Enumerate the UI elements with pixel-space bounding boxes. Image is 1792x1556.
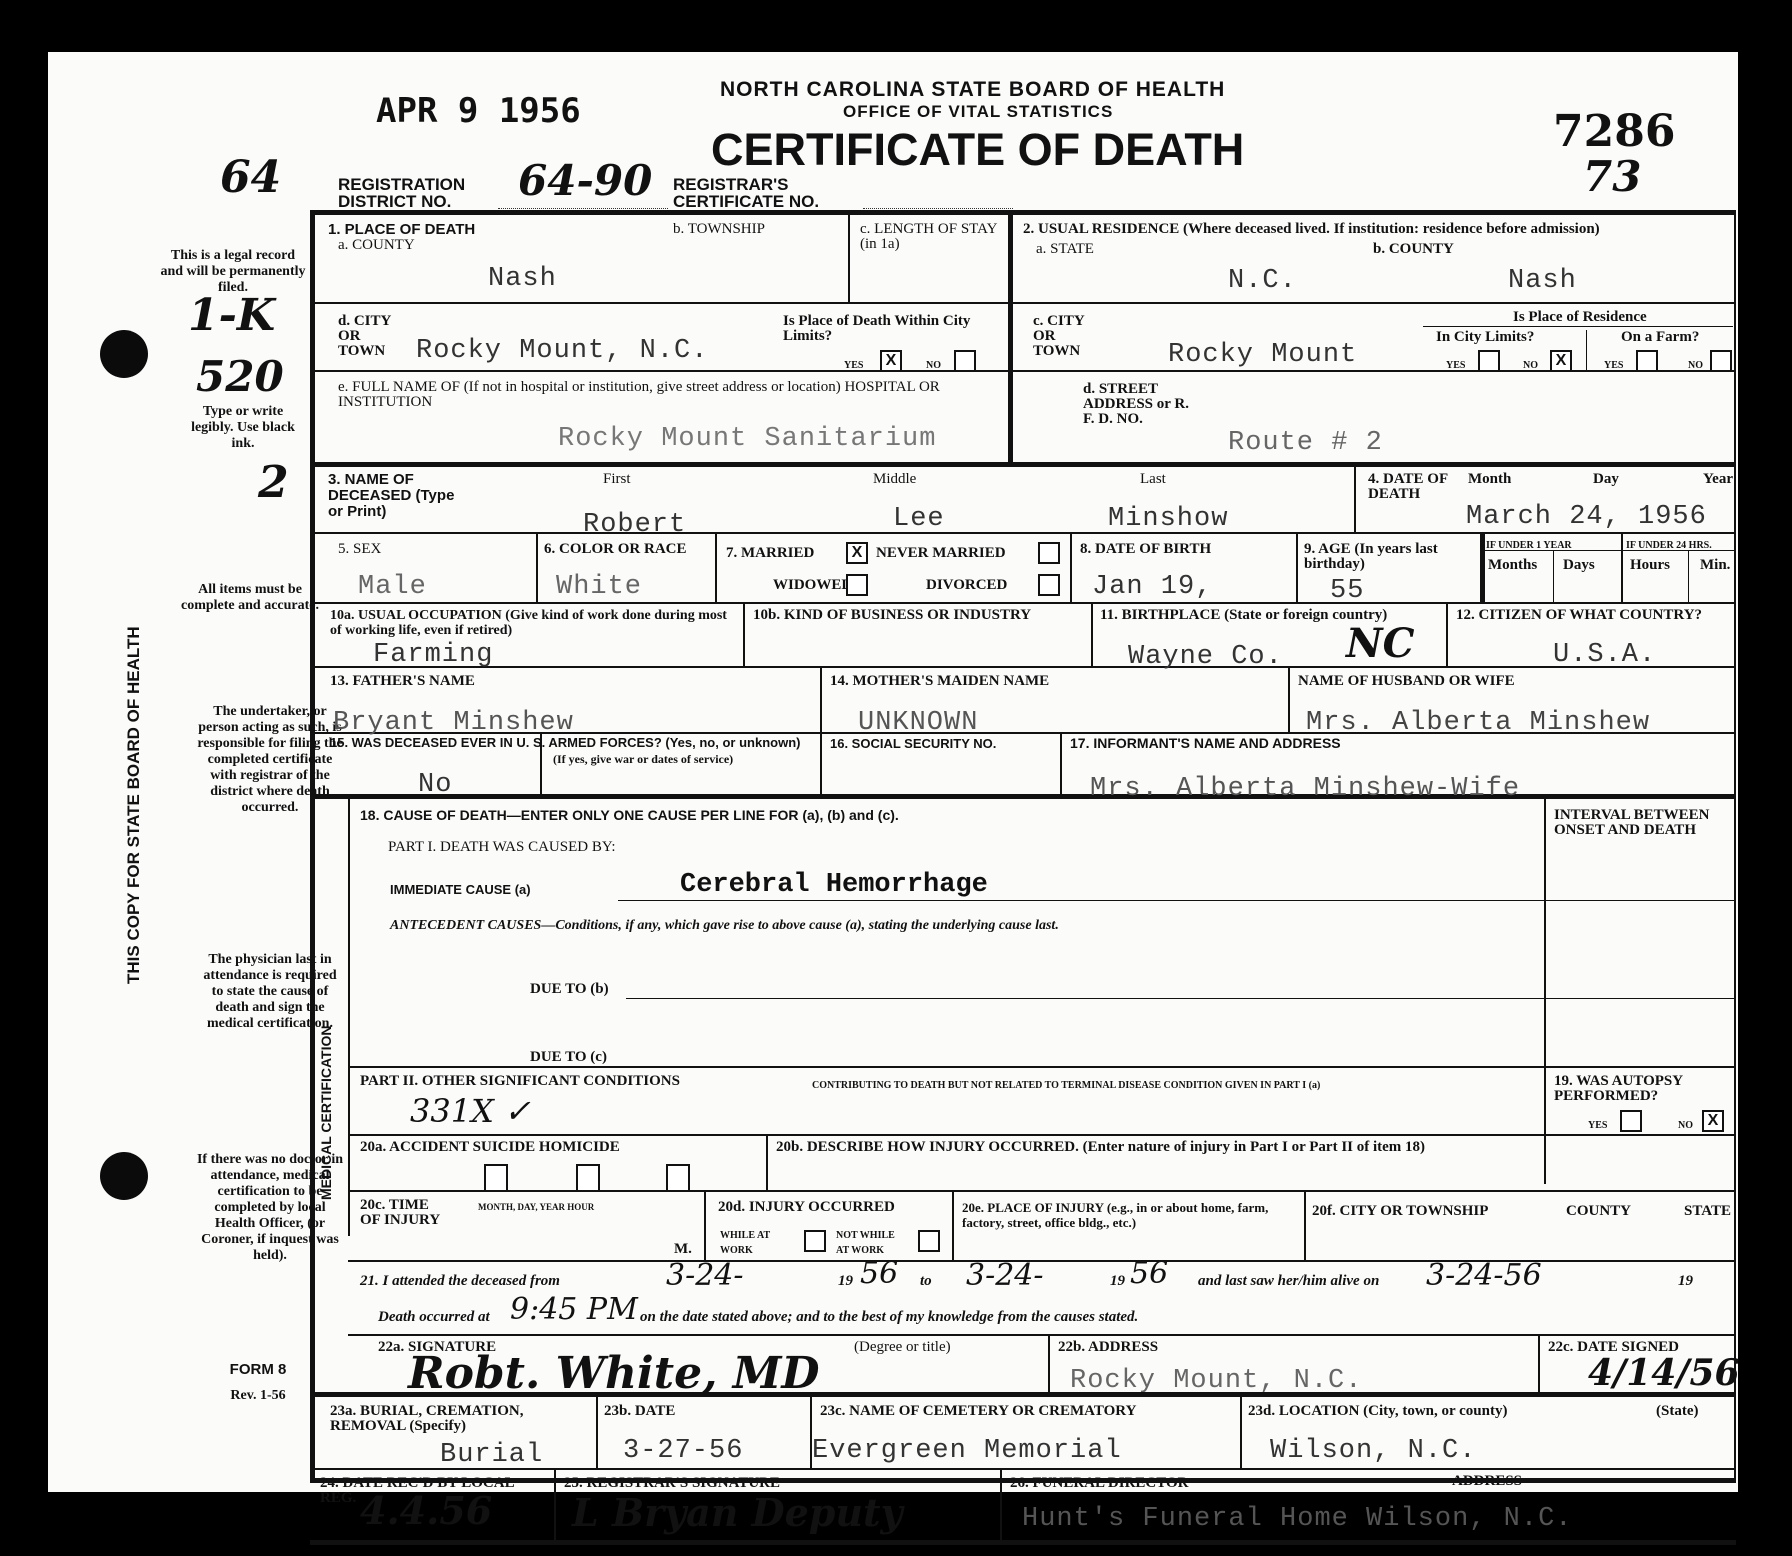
- legal-record-note: This is a legal record and will be perma…: [158, 248, 308, 296]
- sex-label: 5. SEX: [338, 542, 381, 557]
- length-of-stay-label: c. LENGTH OF STAY (in 1a): [860, 222, 1000, 252]
- registrar-signature[interactable]: L Bryan Deputy: [572, 1490, 903, 1535]
- page-title: CERTIFICATE OF DEATH: [711, 124, 1244, 176]
- burial-date-value[interactable]: 3-27-56: [623, 1436, 743, 1466]
- residence-state-value[interactable]: N.C.: [1228, 266, 1297, 296]
- margin-note-64: 64: [220, 152, 281, 203]
- last-name-label: Last: [1140, 472, 1166, 487]
- injury-county-label: COUNTY: [1566, 1204, 1631, 1219]
- on-farm-no-label: NO: [1688, 358, 1703, 373]
- antecedent-causes-label: ANTECEDENT CAUSES—Conditions, if any, wh…: [390, 918, 1059, 933]
- autopsy-no-label: NO: [1678, 1118, 1693, 1133]
- on-farm-yes-label: YES: [1604, 358, 1623, 373]
- birthplace-handwritten-mark: NC: [1346, 620, 1414, 667]
- cause-of-death-label: 18. CAUSE OF DEATH—ENTER ONLY ONE CAUSE …: [360, 808, 899, 823]
- day-label: Day: [1593, 472, 1619, 487]
- armed-forces-value[interactable]: No: [418, 770, 452, 800]
- father-name-label: 13. FATHER'S NAME: [330, 674, 475, 689]
- margin-note-2: 2: [258, 457, 289, 508]
- hours-label: Hours: [1630, 558, 1670, 573]
- death-city-value[interactable]: Rocky Mount, N.C.: [416, 336, 708, 366]
- received-stamp: APR 9 1956: [376, 92, 581, 130]
- due-to-b-label: DUE TO (b): [530, 982, 609, 997]
- citizen-label: 12. CITIZEN OF WHAT COUNTRY?: [1456, 608, 1702, 623]
- medical-certification-label: MEDICAL CERTIFICATION: [318, 1026, 334, 1200]
- date-of-death-label: 4. DATE OF DEATH: [1368, 472, 1448, 502]
- race-value[interactable]: White: [556, 572, 642, 602]
- age-label: 9. AGE (In years last birthday): [1304, 542, 1479, 572]
- last-name-value[interactable]: Minshow: [1108, 504, 1228, 534]
- ssn-label: 16. SOCIAL SECURITY NO.: [830, 736, 996, 751]
- attended-to-value[interactable]: 3-24-: [966, 1258, 1044, 1293]
- street-address-label: d. STREET ADDRESS or R. F. D. NO.: [1083, 382, 1203, 427]
- injury-state-label: STATE: [1684, 1204, 1731, 1219]
- in-city-yes-checkbox[interactable]: [1478, 350, 1500, 372]
- while-at-work-label: WHILE AT WORK: [720, 1228, 800, 1258]
- first-name-label: First: [603, 472, 631, 487]
- widowed-checkbox[interactable]: [846, 574, 868, 596]
- minutes-label: Min.: [1700, 558, 1730, 573]
- birthplace-value[interactable]: Wayne Co.: [1128, 642, 1283, 672]
- middle-name-label: Middle: [873, 472, 916, 487]
- institution-label: e. FULL NAME OF (If not in hospital or i…: [338, 380, 998, 410]
- armed-forces-label: 15. WAS DECEASED EVER IN U. S. ARMED FOR…: [330, 736, 820, 750]
- attended-year-1[interactable]: 56: [860, 1256, 898, 1291]
- state-copy-label: THIS COPY FOR STATE BOARD OF HEALTH: [124, 626, 144, 984]
- part1-label: PART I. DEATH WAS CAUSED BY:: [388, 840, 615, 855]
- widowed-label: WIDOWED: [773, 578, 852, 593]
- nineteen-3: 19: [1678, 1274, 1693, 1289]
- spouse-name-value[interactable]: Mrs. Alberta Minshew: [1306, 708, 1650, 738]
- father-name-value[interactable]: Bryant Minshew: [333, 708, 574, 738]
- death-occurred-label: Death occurred at: [378, 1310, 490, 1325]
- funeral-director-label: 26. FUNERAL DIRECTOR: [1010, 1476, 1189, 1491]
- within-city-yes-checkbox[interactable]: X: [880, 350, 902, 372]
- due-to-c-label: DUE TO (c): [530, 1050, 607, 1065]
- days-label: Days: [1563, 558, 1595, 573]
- residence-city-label: c. CITY OR TOWN: [1033, 314, 1093, 359]
- month-label: Month: [1468, 472, 1511, 487]
- informant-label: 17. INFORMANT'S NAME AND ADDRESS: [1070, 736, 1341, 751]
- sex-value[interactable]: Male: [358, 572, 427, 602]
- within-city-limits-label: Is Place of Death Within City Limits?: [783, 314, 1005, 344]
- death-occurred-rest: on the date stated above; and to the bes…: [640, 1310, 1138, 1325]
- residence-state-label: a. STATE: [1036, 242, 1094, 257]
- informant-value[interactable]: Mrs. Alberta Minshew-Wife: [1090, 774, 1520, 804]
- within-no-label: NO: [926, 358, 941, 373]
- never-married-checkbox[interactable]: [1038, 542, 1060, 564]
- married-label: 7. MARRIED: [726, 546, 814, 561]
- date-of-birth-label: 8. DATE OF BIRTH: [1080, 542, 1211, 557]
- registrar-row: 24. DATE REC'D BY LOCAL REG. 4.4.56 25. …: [310, 1470, 1736, 1542]
- nineteen-2: 19: [1110, 1274, 1125, 1289]
- death-certificate: APR 9 1956 NORTH CAROLINA STATE BOARD OF…: [48, 52, 1738, 1492]
- place-of-injury-label: 20e. PLACE OF INJURY (e.g., in or about …: [962, 1200, 1297, 1230]
- interval-label: INTERVAL BETWEEN ONSET AND DEATH: [1554, 808, 1734, 838]
- cemetery-value[interactable]: Evergreen Memorial: [812, 1436, 1122, 1466]
- months-label: Months: [1488, 558, 1537, 573]
- business-label: 10b. KIND OF BUSINESS OR INDUSTRY: [753, 608, 1031, 623]
- burial-location-label: 23d. LOCATION (City, town, or county): [1248, 1404, 1507, 1419]
- funeral-address-label: ADDRESS: [1452, 1474, 1522, 1489]
- residence-county-value[interactable]: Nash: [1508, 266, 1577, 296]
- injury-city-label: 20f. CITY OR TOWNSHIP: [1312, 1204, 1488, 1219]
- margin-note-520: 520: [196, 352, 284, 401]
- date-of-birth-value[interactable]: Jan 19,: [1092, 572, 1212, 602]
- date-signed-value[interactable]: 4/14/56: [1588, 1352, 1740, 1394]
- usual-residence-label: 2. USUAL RESIDENCE (Where deceased lived…: [1023, 222, 1733, 237]
- residence-county-label: b. COUNTY: [1373, 242, 1454, 257]
- not-while-at-work-label: NOT WHILE AT WORK: [836, 1228, 906, 1258]
- to-label: to: [920, 1274, 932, 1289]
- divorced-label: DIVORCED: [926, 578, 1007, 593]
- spouse-name-label: NAME OF HUSBAND OR WIFE: [1298, 674, 1515, 689]
- autopsy-label: 19. WAS AUTOPSY PERFORMED?: [1554, 1074, 1729, 1104]
- middle-name-value[interactable]: Lee: [893, 504, 945, 534]
- married-checkbox[interactable]: X: [846, 542, 868, 564]
- agency-name: NORTH CAROLINA STATE BOARD OF HEALTH: [720, 78, 1225, 102]
- disposition-value[interactable]: Burial: [440, 1440, 543, 1470]
- burial-date-label: 23b. DATE: [604, 1404, 675, 1419]
- within-yes-label: YES: [844, 358, 863, 373]
- death-time-value[interactable]: 9:45 PM: [510, 1292, 638, 1327]
- age-value[interactable]: 55: [1330, 576, 1364, 606]
- war-service-label: (If yes, give war or dates of service): [553, 752, 733, 767]
- not-while-at-work-checkbox[interactable]: [918, 1230, 940, 1252]
- date-received-value[interactable]: 4.4.56: [360, 1488, 492, 1533]
- describe-injury-label: 20b. DESCRIBE HOW INJURY OCCURRED. (Ente…: [776, 1140, 1425, 1155]
- on-farm-no-checkbox[interactable]: [1710, 350, 1732, 372]
- office-name: OFFICE OF VITAL STATISTICS: [843, 102, 1113, 122]
- file-number: 7286: [1553, 106, 1675, 157]
- physician-note: The physician last in attendance is requ…: [196, 952, 344, 1032]
- year-label: Year: [1703, 472, 1733, 487]
- is-place-of-residence-label: Is Place of Residence: [1513, 310, 1647, 325]
- part2-label: PART II. OTHER SIGNIFICANT CONDITIONS: [360, 1074, 680, 1089]
- attended-from-value[interactable]: 3-24-: [666, 1258, 744, 1293]
- within-city-no-checkbox[interactable]: [954, 350, 976, 372]
- autopsy-yes-label: YES: [1588, 1118, 1607, 1133]
- part2-value[interactable]: 331X ✓: [410, 1092, 531, 1130]
- burial-state-label: (State): [1656, 1404, 1698, 1419]
- degree-label: (Degree or title): [854, 1340, 951, 1355]
- registration-district-label: REGISTRATION DISTRICT NO.: [338, 176, 498, 210]
- registrar-cert-label: REGISTRAR'S CERTIFICATE NO.: [673, 176, 863, 210]
- nineteen-1: 19: [838, 1274, 853, 1289]
- punch-hole-top: [100, 330, 148, 378]
- last-saw-label: and last saw her/him alive on: [1198, 1274, 1379, 1289]
- never-married-label: NEVER MARRIED: [876, 546, 1006, 561]
- date-of-death-value[interactable]: March 24, 1956: [1466, 502, 1707, 532]
- autopsy-no-checkbox[interactable]: X: [1702, 1110, 1724, 1132]
- on-farm-yes-checkbox[interactable]: [1636, 350, 1658, 372]
- injury-type-label: 20a. ACCIDENT SUICIDE HOMICIDE: [360, 1140, 620, 1155]
- injury-occurred-label: 20d. INJURY OCCURRED: [718, 1200, 895, 1215]
- disposition-label: 23a. BURIAL, CREMATION, REMOVAL (Specify…: [330, 1404, 580, 1434]
- part2-sublabel: CONTRIBUTING TO DEATH BUT NOT RELATED TO…: [812, 1078, 1320, 1093]
- in-city-yes-label: YES: [1446, 358, 1465, 373]
- race-label: 6. COLOR OR RACE: [544, 542, 687, 557]
- on-farm-label: On a Farm?: [1621, 330, 1699, 345]
- citizen-value[interactable]: U.S.A.: [1553, 640, 1656, 670]
- alive-on-value[interactable]: 3-24-56: [1426, 1258, 1542, 1293]
- township-label: b. TOWNSHIP: [673, 222, 765, 237]
- suicide-checkbox[interactable]: [576, 1164, 600, 1192]
- death-city-label: d. CITY OR TOWN: [338, 314, 408, 359]
- registrar-cert-number: 73: [1583, 152, 1641, 201]
- meridian-label: M.: [674, 1242, 692, 1257]
- county-label: a. COUNTY: [338, 238, 415, 253]
- birthplace-label: 11. BIRTHPLACE (State or foreign country…: [1100, 608, 1387, 623]
- name-of-deceased-label: 3. NAME OF DECEASED (Type or Print): [328, 472, 468, 520]
- mother-name-value[interactable]: UNKNOWN: [858, 708, 978, 738]
- attended-year-2[interactable]: 56: [1130, 1256, 1168, 1291]
- homicide-checkbox[interactable]: [666, 1164, 690, 1192]
- immediate-cause-value[interactable]: Cerebral Hemorrhage: [680, 870, 988, 900]
- mother-name-label: 14. MOTHER'S MAIDEN NAME: [830, 674, 1049, 689]
- funeral-director-value[interactable]: Hunt's Funeral Home Wilson, N.C.: [1022, 1504, 1572, 1534]
- in-city-no-checkbox[interactable]: X: [1550, 350, 1572, 372]
- margin-note-1k: 1-K: [188, 290, 275, 341]
- burial-location-value[interactable]: Wilson, N.C.: [1270, 1436, 1476, 1466]
- undertaker-note: The undertaker, or person acting as such…: [196, 704, 344, 816]
- physician-address-label: 22b. ADDRESS: [1058, 1340, 1158, 1355]
- in-city-limits-label: In City Limits?: [1436, 330, 1534, 345]
- type-legibly-note: Type or write legibly. Use black ink.: [188, 404, 298, 452]
- in-city-no-label: NO: [1523, 358, 1538, 373]
- residence-city-value[interactable]: Rocky Mount: [1168, 340, 1357, 370]
- cemetery-label: 23c. NAME OF CEMETERY OR CREMATORY: [820, 1404, 1136, 1419]
- death-county-value[interactable]: Nash: [488, 264, 557, 294]
- immediate-cause-label: IMMEDIATE CAUSE (a): [390, 882, 531, 897]
- occupation-value[interactable]: Farming: [373, 640, 493, 670]
- complete-accurate-note: All items must be complete and accurate.: [180, 582, 320, 614]
- place-of-death-label: 1. PLACE OF DEATH: [328, 222, 475, 237]
- street-address-value[interactable]: Route # 2: [1228, 428, 1383, 458]
- first-name-value[interactable]: Robert: [583, 510, 686, 540]
- occupation-label: 10a. USUAL OCCUPATION (Give kind of work…: [330, 608, 740, 638]
- autopsy-yes-checkbox[interactable]: [1620, 1110, 1642, 1132]
- institution-value[interactable]: Rocky Mount Sanitarium: [558, 424, 936, 454]
- punch-hole-bottom: [100, 1152, 148, 1200]
- form-number: FORM 8: [203, 1362, 313, 1378]
- while-at-work-checkbox[interactable]: [804, 1230, 826, 1252]
- accident-checkbox[interactable]: [484, 1164, 508, 1192]
- registrar-signature-label: 25. REGISTRAR'S SIGNATURE: [564, 1476, 780, 1491]
- attended-from-label: 21. I attended the deceased from: [360, 1274, 560, 1289]
- time-of-injury-label: 20c. TIME OF INJURY: [360, 1198, 450, 1228]
- time-of-injury-sublabel: MONTH, DAY, YEAR HOUR: [478, 1200, 594, 1215]
- divorced-checkbox[interactable]: [1038, 574, 1060, 596]
- registration-district-value: 64-90: [518, 156, 652, 205]
- form-revision: Rev. 1-56: [203, 1388, 313, 1404]
